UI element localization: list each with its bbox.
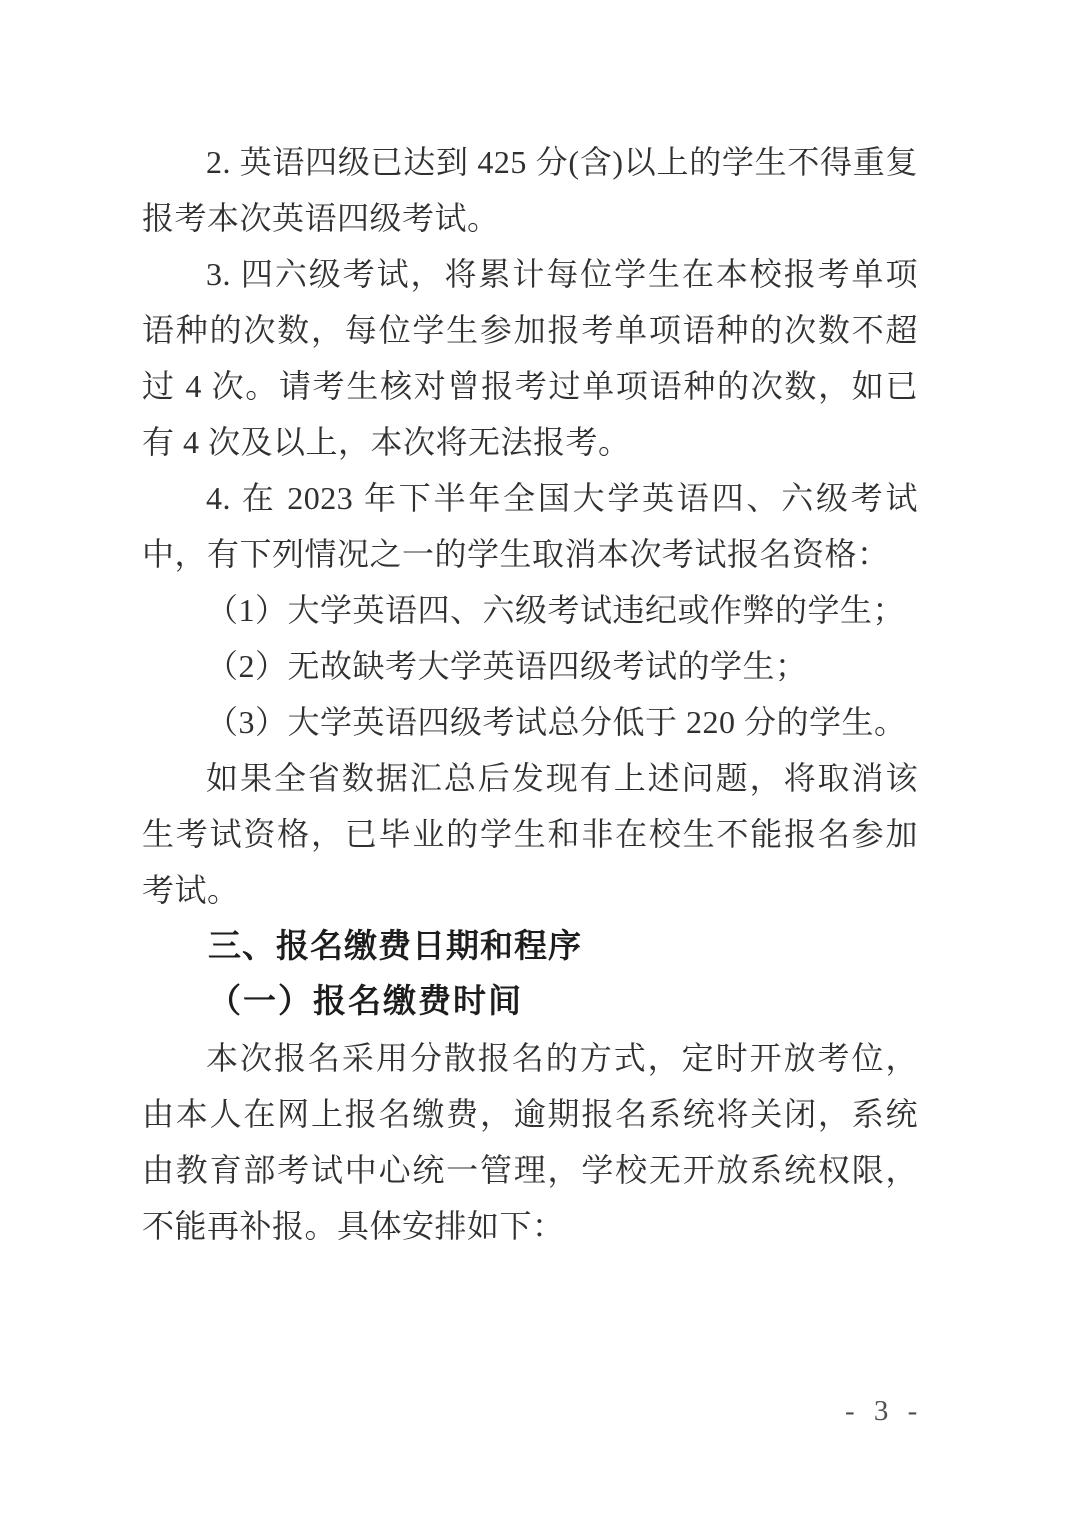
list-item-low-score-students: （3）大学英语四级考试总分低于 220 分的学生。 xyxy=(142,694,918,750)
section-heading-registration-payment: 三、报名缴费日期和程序 xyxy=(142,918,918,974)
document-page: 2. 英语四级已达到 425 分(含)以上的学生不得重复报考本次英语四级考试。 … xyxy=(0,0,1080,1528)
subsection-heading-registration-time: （一）报名缴费时间 xyxy=(142,974,918,1030)
paragraph-attempt-limit-rule: 3. 四六级考试，将累计每位学生在本校报考单项语种的次数，每位学生参加报考单项语… xyxy=(142,246,918,470)
document-body: 2. 英语四级已达到 425 分(含)以上的学生不得重复报考本次英语四级考试。 … xyxy=(142,134,918,1254)
paragraph-cet4-score-rule: 2. 英语四级已达到 425 分(含)以上的学生不得重复报考本次英语四级考试。 xyxy=(142,134,918,246)
page-number: - 3 - xyxy=(845,1393,923,1429)
list-item-cheating-students: （1）大学英语四、六级考试违纪或作弊的学生； xyxy=(142,582,918,638)
list-item-absent-students: （2）无故缺考大学英语四级考试的学生； xyxy=(142,638,918,694)
paragraph-province-data-check: 如果全省数据汇总后发现有上述问题，将取消该生考试资格，已毕业的学生和非在校生不能… xyxy=(142,750,918,918)
paragraph-disqualification-intro: 4. 在 2023 年下半年全国大学英语四、六级考试中，有下列情况之一的学生取消… xyxy=(142,470,918,582)
paragraph-registration-method: 本次报名采用分散报名的方式，定时开放考位，由本人在网上报名缴费，逾期报名系统将关… xyxy=(142,1030,918,1254)
